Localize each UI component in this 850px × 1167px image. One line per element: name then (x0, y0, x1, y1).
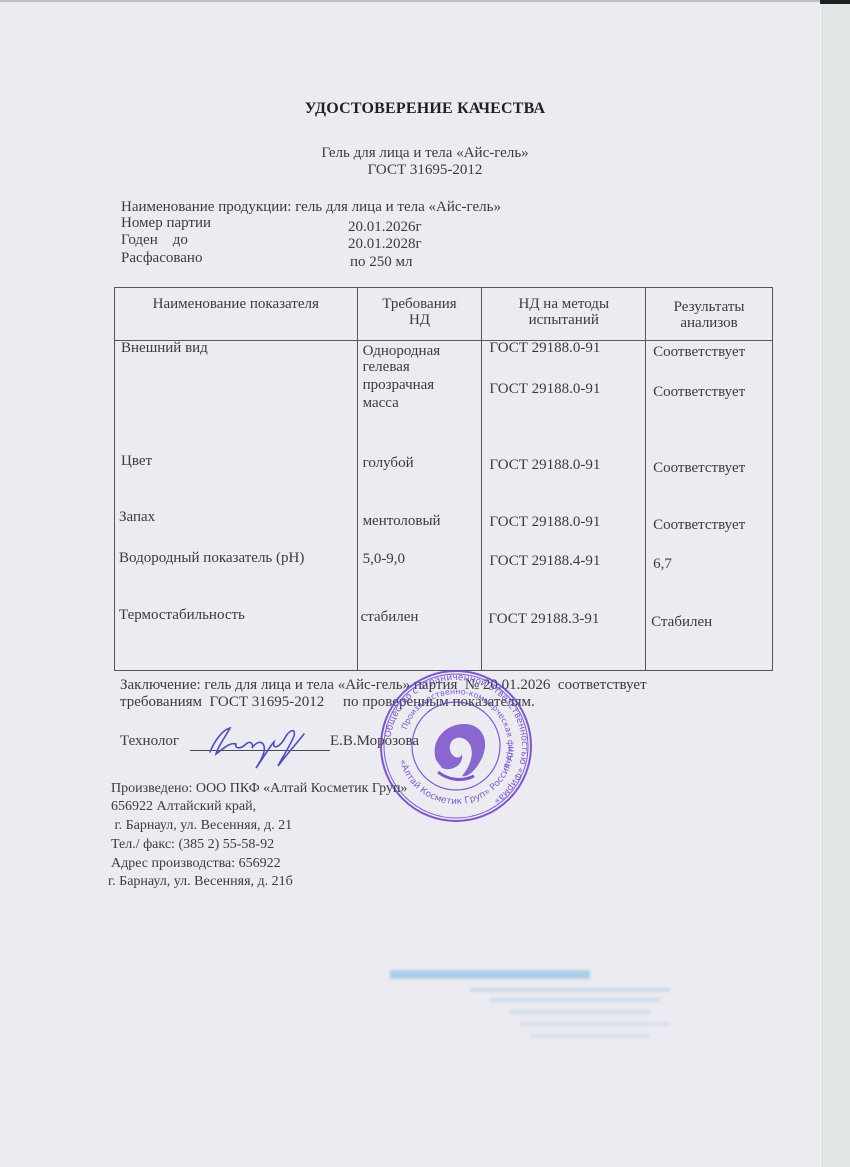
method-color: ГОСТ 29188.0-91 (489, 457, 600, 474)
indicator-column: Внешний вид Цвет Запах Водородный показа… (115, 341, 358, 671)
table-body-row: Внешний вид Цвет Запах Водородный показа… (115, 341, 773, 671)
requirement-ph: 5,0-9,0 (363, 551, 406, 568)
result-odor: Соответствует (653, 517, 745, 534)
scan-top-edge (0, 0, 822, 2)
indicator-thermostability: Термостабильность (119, 607, 245, 624)
company-stamp-icon: Общество с ограниченной ответственностью… (378, 668, 534, 824)
requirement-column: Однородная гелевая прозрачная масса голу… (357, 341, 482, 671)
requirement-appearance-line1: Однородная (363, 343, 441, 360)
expiry-value: 20.01.2028г (348, 236, 422, 253)
result-ph: 6,7 (653, 556, 672, 573)
table-header-row: Наименование показателя Требования НД НД… (115, 288, 773, 341)
indicator-odor: Запах (119, 509, 155, 526)
method-appearance-2: ГОСТ 29188.0-91 (489, 381, 600, 398)
producer-line-2: 656922 Алтайский край, (111, 799, 256, 815)
header-method: НД на методы испытаний (482, 288, 646, 341)
producer-line-6: г. Барнаул, ул. Весенняя, д. 21б (108, 874, 293, 890)
indicator-ph: Водородный показатель (pH) (119, 550, 304, 567)
product-subtitle: Гель для лица и тела «Айс-гель» (0, 145, 850, 162)
quality-table: Наименование показателя Требования НД НД… (114, 287, 773, 671)
result-appearance-1: Соответствует (653, 344, 745, 361)
method-thermostability: ГОСТ 29188.3-91 (488, 611, 599, 628)
standard-subtitle: ГОСТ 31695-2012 (0, 162, 850, 179)
signature-scribble-icon (200, 722, 320, 772)
method-ph: ГОСТ 29188.4-91 (489, 553, 600, 570)
header-result: Результаты анализов (646, 288, 773, 341)
method-column: ГОСТ 29188.0-91 ГОСТ 29188.0-91 ГОСТ 291… (482, 341, 646, 671)
producer-line-5: Адрес производства: 656922 (111, 856, 281, 872)
packaging-label: Расфасовано (121, 250, 202, 267)
result-thermostability: Стабилен (651, 614, 712, 631)
scan-corner (820, 0, 850, 4)
producer-line-4: Тел./ факс: (385 2) 55-58-92 (111, 837, 274, 853)
batch-value: 20.01.2026г (348, 219, 422, 236)
document-title: УДОСТОВЕРЕНИЕ КАЧЕСТВА (0, 100, 850, 118)
bleed-through-stamp-icon (390, 970, 710, 1050)
producer-line-1: Произведено: ООО ПКФ «Алтай Косметик Гру… (111, 781, 407, 797)
header-method-line1: НД на методы (482, 296, 645, 312)
producer-line-3: г. Барнаул, ул. Весенняя, д. 21 (111, 818, 292, 834)
header-requirement: Требования НД (357, 288, 482, 341)
header-result-line1: Результаты (646, 296, 772, 315)
header-requirement-line1: Требования (358, 296, 482, 312)
result-color: Соответствует (653, 460, 745, 477)
indicator-appearance: Внешний вид (121, 340, 208, 357)
method-appearance-1: ГОСТ 29188.0-91 (489, 340, 600, 357)
result-appearance-2: Соответствует (653, 384, 745, 401)
header-result-line2: анализов (646, 315, 772, 331)
packaging-value: по 250 мл (350, 254, 413, 271)
requirement-appearance-line2: гелевая (363, 359, 410, 376)
technologist-label: Технолог (120, 733, 179, 750)
indicator-color: Цвет (121, 453, 152, 470)
requirement-appearance-line3: прозрачная (363, 377, 435, 394)
requirement-thermostability: стабилен (361, 609, 419, 626)
method-odor: ГОСТ 29188.0-91 (489, 514, 600, 531)
result-column: Соответствует Соответствует Соответствуе… (646, 341, 773, 671)
requirement-color: голубой (363, 455, 414, 472)
header-indicator: Наименование показателя (115, 288, 358, 341)
header-method-line2: испытаний (482, 312, 645, 328)
product-name-line: Наименование продукции: гель для лица и … (121, 199, 501, 216)
requirement-odor: ментоловый (363, 513, 441, 530)
header-indicator-text: Наименование показателя (153, 296, 319, 312)
batch-label: Номер партии (121, 215, 211, 232)
header-requirement-line2: НД (358, 312, 482, 328)
requirement-appearance-line4: масса (363, 395, 399, 412)
expiry-label: Годен до (121, 232, 188, 249)
